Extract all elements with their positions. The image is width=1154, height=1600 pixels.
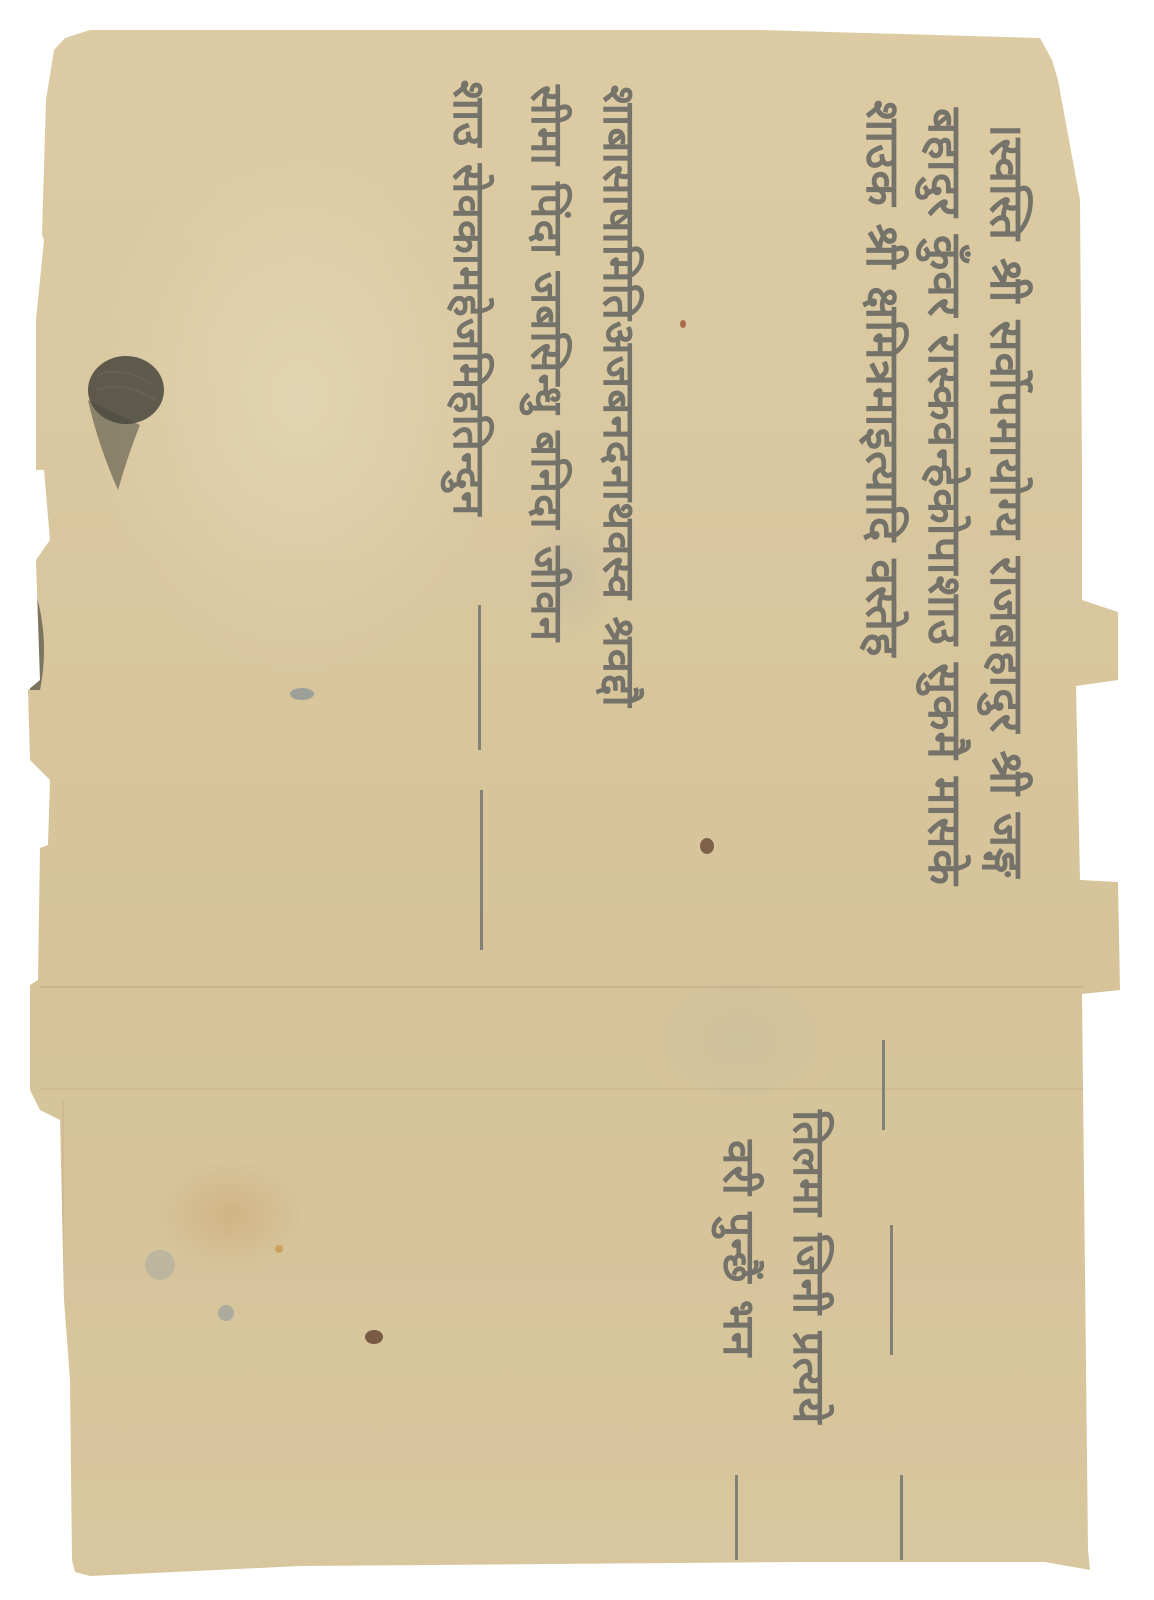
ink-speck: [290, 688, 314, 700]
separator-rule: [900, 1475, 903, 1560]
separator-rule: [735, 1475, 738, 1560]
manuscript-line-8: शाउ सेवकामहेजमिहतिन्दुन: [446, 80, 490, 516]
ink-speck: [365, 1330, 383, 1344]
manuscript-line-2: बहादुर कुँवर रास्कवन्हेकोपाशाउ सुकमै मास…: [922, 108, 968, 886]
ink-speck: [275, 1245, 283, 1253]
separator-rule: [890, 1225, 893, 1355]
manuscript-line-6: शाबासाषामितिअजबनदनाथवस्व श्रवद्दौ: [596, 85, 640, 708]
fold-line: [40, 986, 1084, 988]
manuscript-line-3: शाउक श्री क्षमित्रमाइत्यादि वस्तेह: [860, 100, 906, 657]
manuscript-line-1: ।स्वस्ति श्री सर्वोपमायोग्य राजबहादुर श्…: [984, 120, 1030, 878]
manuscript-line-4: तिलमा जिनी प्रत्यये: [786, 1110, 830, 1424]
ink-speck: [218, 1305, 234, 1321]
ink-speck: [145, 1250, 175, 1280]
ink-speck: [680, 320, 686, 328]
separator-rule: [480, 790, 483, 950]
manuscript-line-7: सीमा पिंदा जबसिन्धु बनिदा जीवन: [524, 85, 568, 642]
manuscript-line-5: वरी पुन्छैं भन: [716, 1140, 760, 1357]
thumbprint-mark: [68, 345, 168, 495]
separator-rule: [882, 1040, 885, 1130]
separator-rule: [478, 605, 481, 750]
fold-line: [40, 1088, 1084, 1090]
ink-speck: [700, 838, 714, 854]
